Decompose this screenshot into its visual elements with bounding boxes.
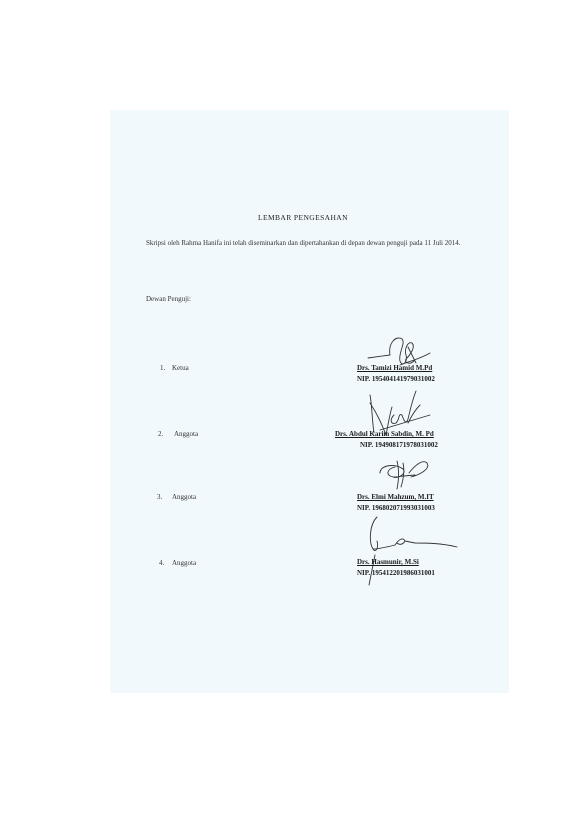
examiner-name: Drs. Elmi Mahzum, M.IT [357,493,434,501]
examiner-number: 3. [157,493,162,501]
examiner-role: Anggota [172,559,196,567]
examiner-role: Anggota [174,430,198,438]
examiner-number: 2. [158,430,163,438]
document-title: LEMBAR PENGESAHAN [258,213,348,222]
examiner-number: 1. [160,364,165,372]
examiner-name: Drs. Abdul Karim Sabdin, M. Pd [335,430,434,438]
examiner-nip: NIP. 195412201986031001 [357,569,435,577]
examiner-nip: NIP. 194908171978031002 [360,441,438,449]
signature-icon [365,515,465,590]
board-label: Dewan Penguji: [146,295,191,303]
examiner-role: Anggota [172,493,196,501]
examiner-number: 4. [159,559,164,567]
examiner-role: Ketua [172,364,189,372]
examiner-nip: NIP. 195404141979031002 [357,375,435,383]
document-page [110,110,509,693]
examiner-name: Drs. Hasmunir, M.Si [357,558,419,566]
approval-paragraph: Skripsi oleh Rahma Hanifa ini telah dise… [146,237,469,250]
examiner-name: Drs. Tamizi Hamid M.Pd [357,364,432,372]
examiner-nip: NIP. 196802071993031003 [357,504,435,512]
signature-icon [375,455,455,495]
